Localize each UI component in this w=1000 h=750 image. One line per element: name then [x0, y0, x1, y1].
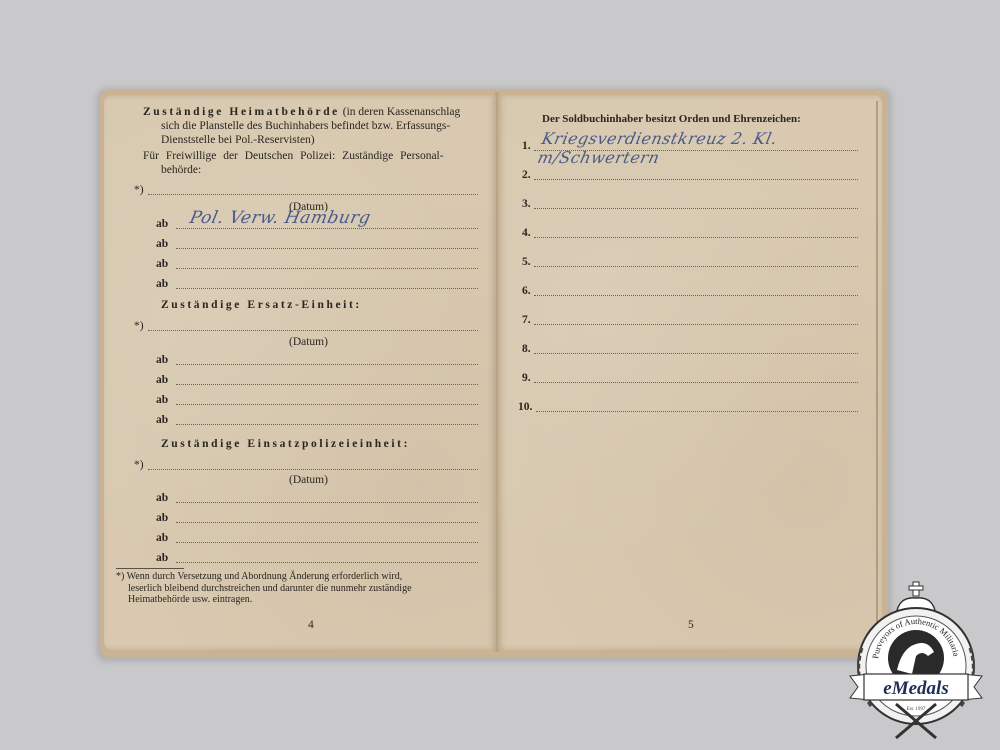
entry-line[interactable]	[534, 208, 858, 209]
watermark-established: Est. 1997	[907, 707, 926, 712]
emedals-watermark-logo: Purveyors of Authentic Militaria eMedals…	[842, 578, 992, 743]
asterisk-marker: *)	[134, 184, 144, 196]
entry-line[interactable]	[534, 353, 858, 354]
item-number: 2.	[522, 169, 531, 181]
heimatbehoerde-title: Zuständige Heimatbehörde	[143, 106, 340, 118]
entry-line[interactable]	[176, 542, 478, 543]
footnote-rule	[116, 568, 184, 569]
item-number: 9.	[522, 372, 531, 384]
entry-line[interactable]	[176, 248, 478, 249]
orden-ehrenzeichen-title: Der Soldbuchinhaber besitzt Orden und Eh…	[542, 112, 801, 126]
item-number: 3.	[522, 198, 531, 210]
ab-label: ab	[156, 552, 168, 564]
item-number: 10.	[518, 401, 532, 413]
entry-line[interactable]	[176, 268, 478, 269]
entry-line[interactable]	[534, 237, 858, 238]
ab-label: ab	[156, 394, 168, 406]
datum-label: (Datum)	[289, 335, 328, 349]
entry-line[interactable]	[534, 266, 858, 267]
item-number: 5.	[522, 256, 531, 268]
ab-label: ab	[156, 512, 168, 524]
entry-line[interactable]	[534, 179, 858, 180]
asterisk-marker: *)	[134, 320, 144, 332]
entry-line[interactable]	[176, 562, 478, 563]
entry-line[interactable]	[148, 194, 478, 195]
heading-line-1: Zuständige Heimatbehörde (in deren Kasse…	[143, 105, 460, 119]
item-number: 8.	[522, 343, 531, 355]
page-number-left: 4	[308, 618, 314, 632]
heading-line-5: behörde:	[161, 163, 201, 177]
heading-line-2: sich die Planstelle des Buchinhabers bef…	[161, 119, 450, 133]
ab-label: ab	[156, 492, 168, 504]
item-number: 1.	[522, 140, 531, 152]
footnote: *) Wenn durch Versetzung und Abordnung Ä…	[116, 571, 412, 606]
entry-line[interactable]	[534, 382, 858, 383]
item-number: 4.	[522, 227, 531, 239]
right-page: Der Soldbuchinhaber besitzt Orden und Eh…	[498, 95, 882, 650]
entry-line[interactable]	[176, 228, 478, 229]
footnote-line-3: Heimatbehörde usw. eintragen.	[116, 594, 412, 606]
entry-line[interactable]	[176, 364, 478, 365]
ab-label: ab	[156, 278, 168, 290]
datum-label: (Datum)	[289, 473, 328, 487]
emedals-badge-icon: Purveyors of Authentic Militaria eMedals…	[842, 578, 992, 743]
entry-line[interactable]	[176, 424, 478, 425]
entry-line[interactable]	[148, 330, 478, 331]
handwritten-entry: Pol. Verw. Hamburg	[188, 208, 373, 228]
ersatz-einheit-title: Zuständige Ersatz-Einheit:	[161, 298, 362, 312]
ab-label: ab	[156, 354, 168, 366]
ab-label: ab	[156, 238, 168, 250]
asterisk-marker: *)	[134, 459, 144, 471]
ab-label: ab	[156, 218, 168, 230]
footnote-line-1: *) Wenn durch Versetzung und Abordnung Ä…	[116, 571, 412, 583]
einsatzpolizeieinheit-title: Zuständige Einsatzpolizeieinheit:	[161, 437, 410, 451]
entry-line[interactable]	[176, 502, 478, 503]
entry-line[interactable]	[534, 324, 858, 325]
ab-label: ab	[156, 414, 168, 426]
entry-line[interactable]	[534, 295, 858, 296]
entry-line[interactable]	[176, 384, 478, 385]
handwritten-award: Kriegsverdienstkreuz 2. Kl. m/Schwertern	[536, 129, 886, 167]
entry-line[interactable]	[536, 411, 858, 412]
entry-line[interactable]	[176, 522, 478, 523]
heading-line-3: Dienststelle bei Pol.-Reservisten)	[161, 133, 315, 147]
page-number-right: 5	[688, 618, 694, 632]
item-number: 6.	[522, 285, 531, 297]
ab-label: ab	[156, 258, 168, 270]
ab-label: ab	[156, 374, 168, 386]
entry-line[interactable]	[148, 469, 478, 470]
item-number: 7.	[522, 314, 531, 326]
ab-label: ab	[156, 532, 168, 544]
heading-line-1-rest: (in deren Kassenanschlag	[343, 106, 461, 118]
entry-line[interactable]	[176, 288, 478, 289]
footnote-line-2: leserlich bleibend durchstreichen und da…	[116, 583, 412, 595]
left-page: Zuständige Heimatbehörde (in deren Kasse…	[104, 95, 496, 650]
watermark-brand: eMedals	[883, 678, 948, 699]
entry-line[interactable]	[176, 404, 478, 405]
heading-line-4: Für Freiwillige der Deutschen Polizei: Z…	[143, 149, 444, 163]
